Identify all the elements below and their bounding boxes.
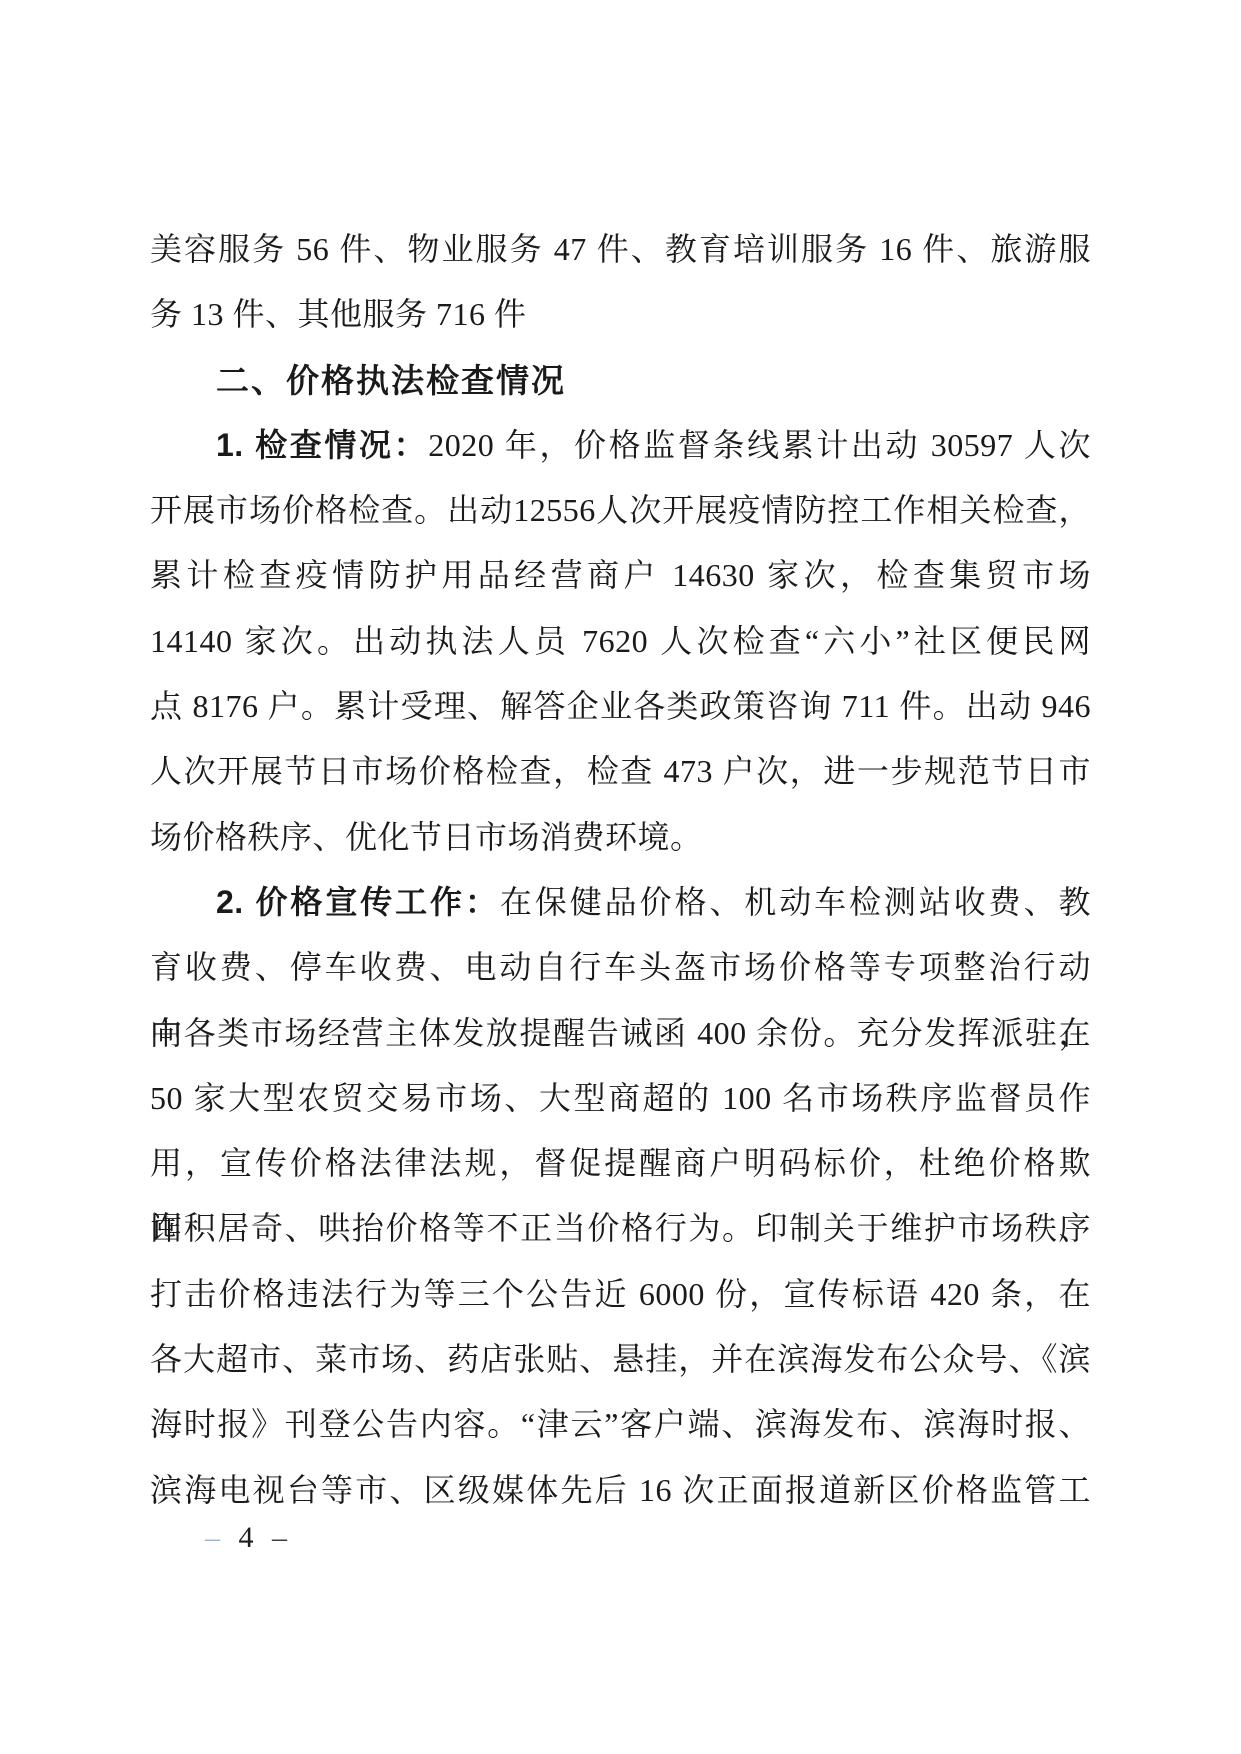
- page-footer: – 4 –: [205, 1520, 287, 1556]
- document-body: 美容服务 56 件、物业服务 47 件、教育培训服务 16 件、旅游服务 13 …: [150, 217, 1091, 1523]
- text-segment: 场价格秩序、优化节日市场消费环境。: [150, 819, 703, 855]
- text-line: 育收费、停车收费、电动自行车头盔市场价格等专项整治行动中，: [150, 935, 1091, 1000]
- text-segment: 各大超市、菜市场、药店张贴、悬挂，并在滨海发布公众号、《滨: [150, 1341, 1091, 1377]
- text-line: 开展市场价格检查。出动12556人次开展疫情防控工作相关检查，: [150, 478, 1091, 543]
- bold-lead-segment: 二、价格执法检查情况: [216, 362, 566, 399]
- text-line: 场价格秩序、优化节日市场消费环境。: [150, 805, 1091, 870]
- document-page: 美容服务 56 件、物业服务 47 件、教育培训服务 16 件、旅游服务 13 …: [0, 0, 1241, 1754]
- text-line: 滨海电视台等市、区级媒体先后 16 次正面报道新区价格监管工: [150, 1458, 1091, 1523]
- text-line: 打击价格违法行为等三个公告近 6000 份，宣传标语 420 条，在: [150, 1262, 1091, 1327]
- text-segment: 点 8176 户。累计受理、解答企业各类政策咨询 711 件。出动 946: [150, 688, 1091, 724]
- text-segment: 打击价格违法行为等三个公告近 6000 份，宣传标语 420 条，在: [150, 1276, 1091, 1312]
- text-line: 2. 价格宣传工作：在保健品价格、机动车检测站收费、教: [150, 870, 1091, 935]
- text-line: 向各类市场经营主体发放提醒告诫函 400 余份。充分发挥派驻在: [150, 1001, 1091, 1066]
- text-line: 累计检查疫情防护用品经营商户 14630 家次，检查集贸市场: [150, 543, 1091, 608]
- text-segment: 囤积居奇、哄抬价格等不正当价格行为。印制关于维护市场秩序: [150, 1210, 1091, 1246]
- text-line: 海时报》刊登公告内容。“津云”客户端、滨海发布、滨海时报、: [150, 1392, 1091, 1457]
- text-segment: 向各类市场经营主体发放提醒告诫函 400 余份。充分发挥派驻在: [150, 1015, 1091, 1051]
- text-line: 14140 家次。出动执法人员 7620 人次检查“六小”社区便民网: [150, 609, 1091, 674]
- text-segment: 滨海电视台等市、区级媒体先后 16 次正面报道新区价格监管工: [150, 1472, 1091, 1508]
- text-segment: 开展市场价格检查。出动12556人次开展疫情防控工作相关检查，: [150, 492, 1091, 528]
- footer-dash-right: –: [272, 1520, 287, 1556]
- page-number: 4: [239, 1520, 254, 1556]
- text-segment: 美容服务 56 件、物业服务 47 件、教育培训服务 16 件、旅游服: [150, 231, 1091, 267]
- text-line: 50 家大型农贸交易市场、大型商超的 100 名市场秩序监督员作: [150, 1066, 1091, 1131]
- text-line: 1. 检查情况：2020 年，价格监督条线累计出动 30597 人次: [150, 413, 1091, 478]
- text-line: 囤积居奇、哄抬价格等不正当价格行为。印制关于维护市场秩序: [150, 1196, 1091, 1261]
- text-line: 点 8176 户。累计受理、解答企业各类政策咨询 711 件。出动 946: [150, 674, 1091, 739]
- text-segment: 人次开展节日市场价格检查，检查 473 户次，进一步规范节日市: [150, 753, 1091, 789]
- text-line: 用，宣传价格法律法规，督促提醒商户明码标价，杜绝价格欺诈、: [150, 1131, 1091, 1196]
- text-segment: 2020 年，价格监督条线累计出动 30597 人次: [428, 427, 1091, 463]
- text-line: 务 13 件、其他服务 716 件: [150, 282, 1091, 347]
- text-segment: 务 13 件、其他服务 716 件: [150, 296, 527, 332]
- section-heading-line: 二、价格执法检查情况: [150, 348, 1091, 413]
- text-line: 人次开展节日市场价格检查，检查 473 户次，进一步规范节日市: [150, 739, 1091, 804]
- bold-lead-segment: 2. 价格宣传工作：: [216, 884, 500, 920]
- text-line: 各大超市、菜市场、药店张贴、悬挂，并在滨海发布公众号、《滨: [150, 1327, 1091, 1392]
- text-segment: 在保健品价格、机动车检测站收费、教: [500, 884, 1091, 920]
- text-segment: 海时报》刊登公告内容。“津云”客户端、滨海发布、滨海时报、: [150, 1406, 1091, 1442]
- text-line: 美容服务 56 件、物业服务 47 件、教育培训服务 16 件、旅游服: [150, 217, 1091, 282]
- bold-lead-segment: 1. 检查情况：: [216, 427, 428, 463]
- text-segment: 累计检查疫情防护用品经营商户 14630 家次，检查集贸市场: [150, 557, 1091, 593]
- text-segment: 14140 家次。出动执法人员 7620 人次检查“六小”社区便民网: [150, 623, 1091, 659]
- text-segment: 50 家大型农贸交易市场、大型商超的 100 名市场秩序监督员作: [150, 1080, 1091, 1116]
- footer-dash-left: –: [205, 1520, 220, 1556]
